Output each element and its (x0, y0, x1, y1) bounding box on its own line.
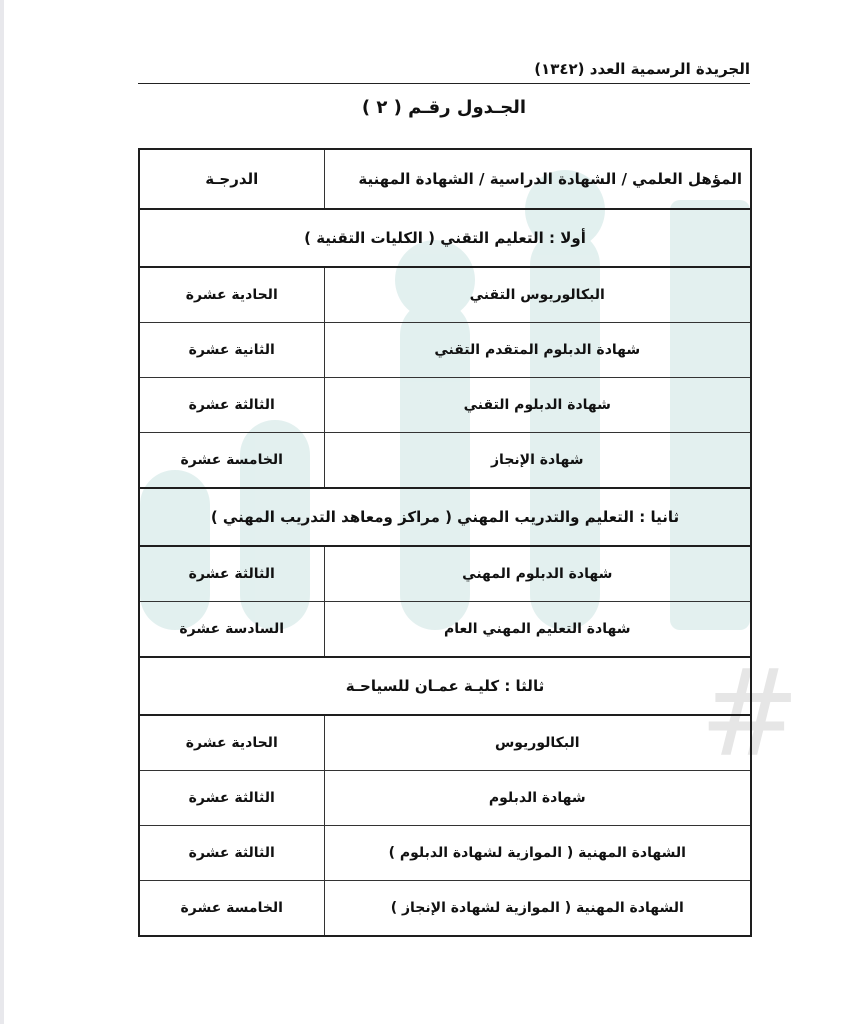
column-header-grade: الدرجـة (139, 149, 324, 209)
document-page: الجريدة الرسمية العدد (١٣٤٢) الجـدول رقـ… (0, 0, 865, 1024)
grade-cell: السادسة عشرة (139, 602, 324, 658)
section-header-row: ثالثا : كليـة عمـان للسياحـة (139, 657, 751, 715)
table-caption: الجـدول رقـم ( ٢ ) (138, 94, 750, 122)
qualification-cell: البكالوريوس (324, 715, 751, 771)
qualification-cell: شهادة الدبلوم التقني (324, 378, 751, 433)
section-title: أولا : التعليم التقني ( الكليات التقنية … (139, 209, 751, 267)
grade-cell: الثالثة عشرة (139, 771, 324, 826)
grade-cell: الخامسة عشرة (139, 433, 324, 489)
grade-cell: الخامسة عشرة (139, 881, 324, 937)
qualification-cell: شهادة الدبلوم المهني (324, 546, 751, 602)
grade-cell: الثانية عشرة (139, 323, 324, 378)
table-row: شهادة الإنجاز الخامسة عشرة (139, 433, 751, 489)
column-header-qualification: المؤهل العلمي / الشهادة الدراسية / الشها… (324, 149, 751, 209)
table-row: شهادة الدبلوم التقني الثالثة عشرة (139, 378, 751, 433)
table-row: شهادة الدبلوم الثالثة عشرة (139, 771, 751, 826)
table-row: شهادة الدبلوم المتقدم التقني الثانية عشر… (139, 323, 751, 378)
table-row: شهادة الدبلوم المهني الثالثة عشرة (139, 546, 751, 602)
section-header-row: ثانيا : التعليم والتدريب المهني ( مراكز … (139, 488, 751, 546)
qualification-cell: شهادة الدبلوم المتقدم التقني (324, 323, 751, 378)
table-row: شهادة التعليم المهني العام السادسة عشرة (139, 602, 751, 658)
grade-cell: الحادية عشرة (139, 715, 324, 771)
section-header-row: أولا : التعليم التقني ( الكليات التقنية … (139, 209, 751, 267)
header-rule (138, 83, 750, 84)
qualification-cell: شهادة الدبلوم (324, 771, 751, 826)
section-title: ثالثا : كليـة عمـان للسياحـة (139, 657, 751, 715)
qualification-cell: شهادة التعليم المهني العام (324, 602, 751, 658)
table-row: البكالوريوس الحادية عشرة (139, 715, 751, 771)
section-title: ثانيا : التعليم والتدريب المهني ( مراكز … (139, 488, 751, 546)
qualification-cell: البكالوريوس التقني (324, 267, 751, 323)
qualification-cell: الشهادة المهنية ( الموازية لشهادة الإنجا… (324, 881, 751, 937)
qualification-cell: شهادة الإنجاز (324, 433, 751, 489)
grade-cell: الثالثة عشرة (139, 546, 324, 602)
running-header: الجريدة الرسمية العدد (١٣٤٢) (138, 58, 750, 80)
grade-cell: الحادية عشرة (139, 267, 324, 323)
qualification-cell: الشهادة المهنية ( الموازية لشهادة الدبلو… (324, 826, 751, 881)
grade-cell: الثالثة عشرة (139, 378, 324, 433)
table-row: الشهادة المهنية ( الموازية لشهادة الدبلو… (139, 826, 751, 881)
table-row: البكالوريوس التقني الحادية عشرة (139, 267, 751, 323)
grades-table: المؤهل العلمي / الشهادة الدراسية / الشها… (138, 148, 752, 937)
grade-cell: الثالثة عشرة (139, 826, 324, 881)
table-row: الشهادة المهنية ( الموازية لشهادة الإنجا… (139, 881, 751, 937)
table-header-row: المؤهل العلمي / الشهادة الدراسية / الشها… (139, 149, 751, 209)
